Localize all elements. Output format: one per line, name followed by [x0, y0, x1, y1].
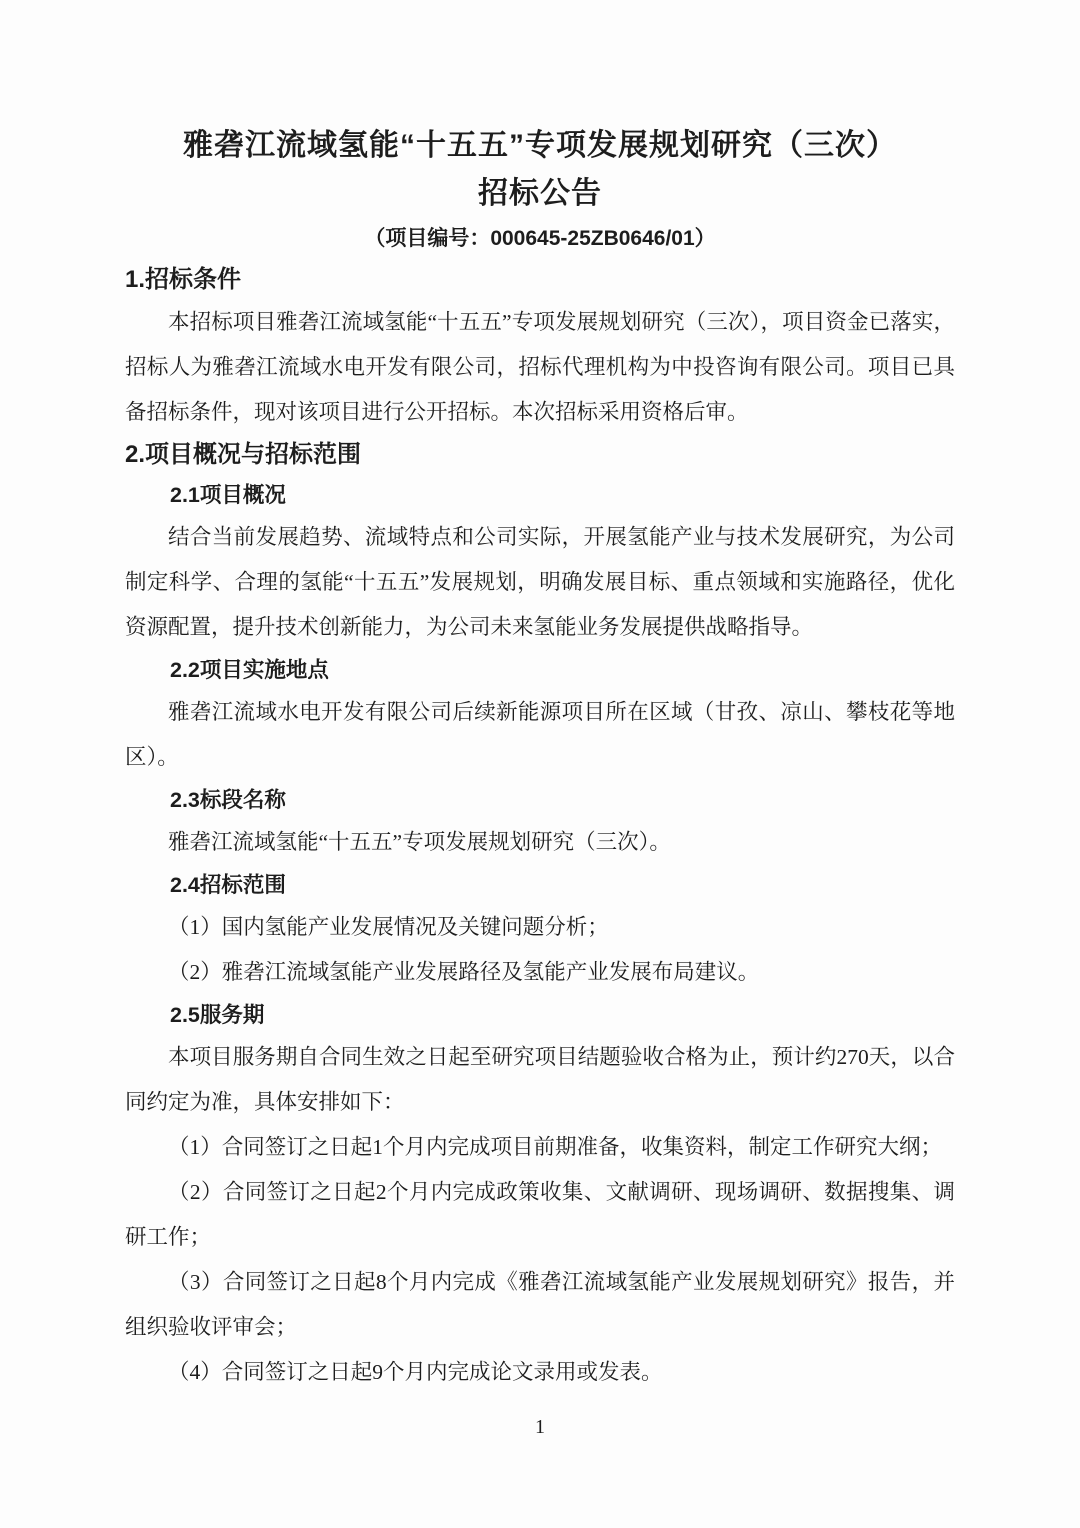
subsection-2-5-item-2: （2）合同签订之日起2个月内完成政策收集、文献调研、现场调研、数据搜集、调研工作… — [125, 1170, 955, 1260]
section1-heading: 1.招标条件 — [125, 260, 955, 300]
subsection-2-2-paragraph: 雅砻江流域水电开发有限公司后续新能源项目所在区域（甘孜、凉山、攀枝花等地区）。 — [125, 690, 955, 780]
subsection-2-5-item-1: （1）合同签订之日起1个月内完成项目前期准备，收集资料，制定工作研究大纲； — [125, 1125, 955, 1170]
subsection-2-3-heading: 2.3标段名称 — [125, 780, 955, 820]
subsection-2-1-heading: 2.1项目概况 — [125, 475, 955, 515]
section1-paragraph: 本招标项目雅砻江流域氢能“十五五”专项发展规划研究（三次），项目资金已落实，招标… — [125, 300, 955, 435]
document-content: 雅砻江流域氢能“十五五”专项发展规划研究（三次） 招标公告 （项目编号：0006… — [0, 0, 1080, 1395]
subsection-2-4-item-1: （1）国内氢能产业发展情况及关键问题分析； — [125, 905, 955, 950]
subsection-2-5-intro: 本项目服务期自合同生效之日起至研究项目结题验收合格为止，预计约270天，以合同约… — [125, 1035, 955, 1125]
subsection-2-2-heading: 2.2项目实施地点 — [125, 650, 955, 690]
subsection-2-1-paragraph: 结合当前发展趋势、流域特点和公司实际，开展氢能产业与技术发展研究，为公司制定科学… — [125, 515, 955, 650]
subsection-2-5-item-3: （3）合同签订之日起8个月内完成《雅砻江流域氢能产业发展规划研究》报告，并组织验… — [125, 1260, 955, 1350]
project-number: （项目编号：000645-25ZB0646/01） — [125, 218, 955, 260]
subsection-2-5-item-4: （4）合同签订之日起9个月内完成论文录用或发表。 — [125, 1350, 955, 1395]
document-page: 雅砻江流域氢能“十五五”专项发展规划研究（三次） 招标公告 （项目编号：0006… — [0, 0, 1080, 1528]
document-title-line2: 招标公告 — [125, 170, 955, 218]
subsection-2-4-heading: 2.4招标范围 — [125, 865, 955, 905]
document-title-line1: 雅砻江流域氢能“十五五”专项发展规划研究（三次） — [125, 122, 955, 170]
subsection-2-3-paragraph: 雅砻江流域氢能“十五五”专项发展规划研究（三次）。 — [125, 820, 955, 865]
subsection-2-4-item-2: （2）雅砻江流域氢能产业发展路径及氢能产业发展布局建议。 — [125, 950, 955, 995]
subsection-2-5-heading: 2.5服务期 — [125, 995, 955, 1035]
section2-heading: 2.项目概况与招标范围 — [125, 435, 955, 475]
page-number: 1 — [0, 1412, 1080, 1442]
